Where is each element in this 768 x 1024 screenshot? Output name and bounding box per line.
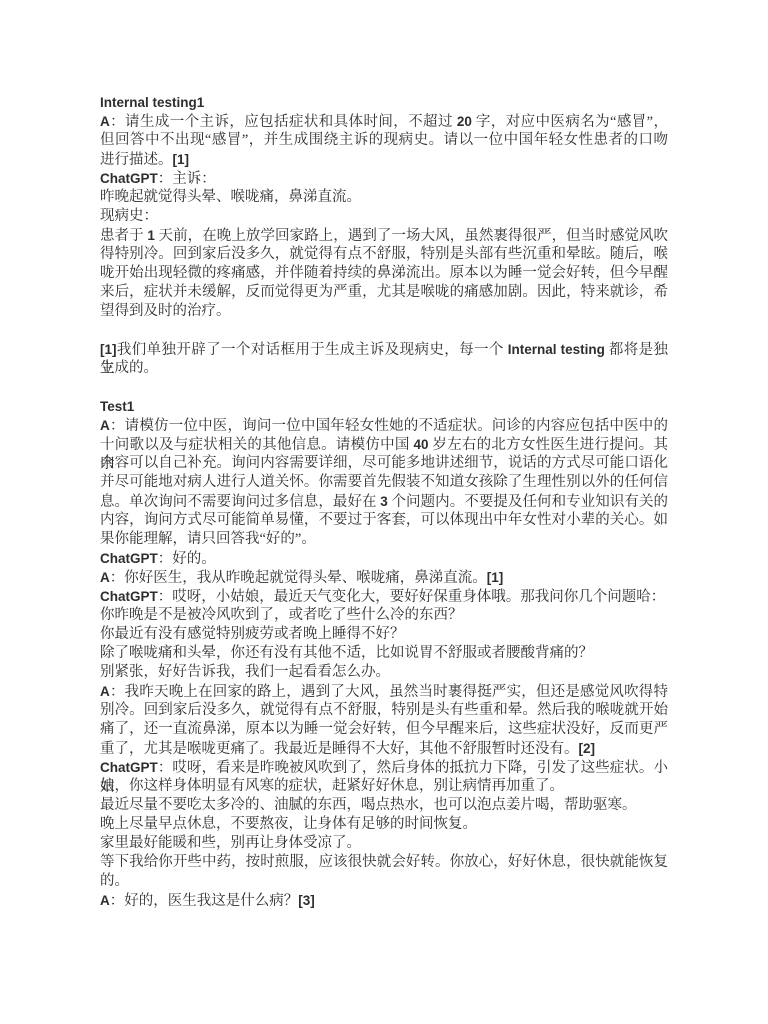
text-line: Test1: [100, 397, 668, 416]
cjk-text-run: 果你能理解，请只回答我“好的”。: [100, 531, 316, 547]
cjk-text-run: 个问题内。不要提及任何和专业知识有关的: [388, 494, 668, 510]
cjk-text-run: 家里最好能暖和些，别再让身体受凉了。: [100, 835, 361, 851]
cjk-text-run: 别冷。回到家后没多久，就觉得有点不舒服，特别是头有些重和晕。然后我的喉咙就开始: [100, 702, 668, 718]
cjk-text-run: 患者于: [100, 228, 147, 244]
cjk-text-run: 最近尽量不要吃太多冷的、油腻的东西，喝点热水，也可以泡点姜片喝，帮助驱寒。: [100, 797, 637, 813]
latin-text-run: A: [100, 114, 110, 129]
text-line: 现病史：: [100, 207, 668, 226]
text-line: 来后，症状并未缓解，反而觉得更为严重，尤其是喉咙的痛感加剧。因此，特来就诊，希: [100, 283, 668, 302]
document-page: Internal testing1A：请生成一个主诉，应包括症状和具体时间，不超…: [0, 0, 768, 1024]
cjk-text-run: 除了喉咙痛和头晕，你还有没有其他不适，比如说胃不舒服或者腰酸背痛的？: [100, 645, 593, 661]
text-line: 的。: [100, 872, 668, 891]
cjk-text-run: 得特别冷。回到家后没多久，就觉得有点不舒服，特别是头部有些沉重和晕眩。随后，喉: [100, 246, 668, 262]
cjk-text-run: 望得到及时的治疗。: [100, 303, 231, 319]
cjk-text-run: ：主诉：: [158, 171, 216, 187]
latin-text-run: 1: [147, 228, 155, 243]
text-line: A：好的，医生我这是什么病？[3]: [100, 891, 668, 910]
cjk-text-run: 别紧张，好好告诉我，我们一起看看怎么办。: [100, 664, 390, 680]
latin-text-run: ChatGPT: [100, 589, 158, 604]
latin-text-run: ChatGPT: [100, 551, 158, 566]
text-line: 果你能理解，请只回答我“好的”。: [100, 530, 668, 549]
text-line: 昨晚起就觉得头晕、喉咙痛，鼻涕直流。: [100, 188, 668, 207]
cjk-text-run: 晚上尽量早点休息，不要熬夜，让身体有足够的时间恢复。: [100, 816, 477, 832]
cjk-text-run: ：好的，医生我这是什么病？: [110, 893, 299, 909]
cjk-text-run: ：请模仿一位中医，询问一位中国年轻女性她的不适症状。问诊的内容应包括中医中的: [110, 418, 668, 434]
latin-text-run: [2]: [579, 741, 596, 756]
text-line: 别冷。回到家后没多久，就觉得有点不舒服，特别是头有些重和晕。然后我的喉咙就开始: [100, 701, 668, 720]
text-line: ChatGPT：好的。: [100, 549, 668, 568]
latin-text-run: 40: [413, 437, 428, 452]
cjk-text-run: 娘，你这样身体明显有风寒的症状，赶紧好好休息，别让病情再加重了。: [100, 778, 564, 794]
text-line: A：请模仿一位中医，询问一位中国年轻女性她的不适症状。问诊的内容应包括中医中的: [100, 416, 668, 435]
document-body: Internal testing1A：请生成一个主诉，应包括症状和具体时间，不超…: [100, 93, 668, 910]
latin-text-run: Test1: [100, 399, 134, 414]
cjk-text-run: 但回答中不出现“感冒”，并生成围绕主诉的现病史。请以一位中国年轻女性患者的口吻: [100, 132, 668, 148]
text-line: 你最近有没有感觉特别疲劳或者晚上睡得不好？: [100, 625, 668, 644]
text-line: ChatGPT：哎呀，看来是昨晚被风吹到了，然后身体的抵抗力下降，引发了这些症状…: [100, 758, 668, 777]
text-line: 等下我给你开些中药，按时煎服，应该很快就会好转。你放心，好好休息，很快就能恢复: [100, 853, 668, 872]
cjk-text-run: 十问歌以及与症状相关的其他信息。请模仿中国: [100, 437, 413, 453]
cjk-text-run: ：你好医生，我从昨晚起就觉得头晕、喉咙痛，鼻涕直流。: [110, 570, 487, 586]
latin-text-run: [1]: [487, 570, 504, 585]
cjk-text-run: 等下我给你开些中药，按时煎服，应该很快就会好转。你放心，好好休息，很快就能恢复: [100, 854, 668, 870]
text-line: [1]我们单独开辟了一个对话框用于生成主诉及现病史，每一个 Internal t…: [100, 340, 668, 359]
text-line: 进行描述。[1]: [100, 150, 668, 169]
latin-text-run: [1]: [100, 342, 117, 357]
text-line: 娘，你这样身体明显有风寒的症状，赶紧好好休息，别让病情再加重了。: [100, 777, 668, 796]
cjk-text-run: 来后，症状并未缓解，反而觉得更为严重，尤其是喉咙的痛感加剧。因此，特来就诊，希: [100, 284, 668, 300]
cjk-text-run: 内容，询问方式尽可能简单易懂，不要过于客套，可以体现出中年女性对小辈的关心。如: [100, 512, 668, 528]
text-line: 最近尽量不要吃太多冷的、油腻的东西，喝点热水，也可以泡点姜片喝，帮助驱寒。: [100, 796, 668, 815]
latin-text-run: Internal testing1: [100, 95, 204, 110]
text-line: 痛了，还一直流鼻涕，原本以为睡一觉会好转，但今早醒来后，这些症状没好，反而更严: [100, 720, 668, 739]
text-line: 重了，尤其是喉咙更痛了。我最近是睡得不大好，其他不舒服暂时还没有。[2]: [100, 739, 668, 758]
latin-text-run: ChatGPT: [100, 760, 158, 775]
cjk-text-run: 痛了，还一直流鼻涕，原本以为睡一觉会好转，但今早醒来后，这些症状没好，反而更严: [100, 721, 668, 737]
latin-text-run: A: [100, 893, 110, 908]
cjk-text-run: 你昨晚是不是被冷风吹到了，或者吃了些什么冷的东西？: [100, 607, 463, 623]
text-line: ChatGPT：主诉：: [100, 169, 668, 188]
latin-text-run: A: [100, 570, 110, 585]
latin-text-run: 20: [457, 114, 472, 129]
blank-line: [100, 321, 668, 340]
text-line: 晚上尽量早点休息，不要熬夜，让身体有足够的时间恢复。: [100, 815, 668, 834]
text-line: 十问歌以及与症状相关的其他信息。请模仿中国 40 岁左右的北方女性医生进行提问。…: [100, 435, 668, 454]
text-line: 患者于 1 天前，在晚上放学回家路上，遇到了一场大风，虽然裹得很严，但当时感觉风…: [100, 226, 668, 245]
cjk-text-run: ：请生成一个主诉，应包括症状和具体时间，不超过: [110, 114, 457, 130]
text-line: A：我昨天晚上在回家的路上，遇到了大风，虽然当时裹得挺严实，但还是感觉风吹得特: [100, 682, 668, 701]
text-line: 并尽可能地对病人进行人道关怀。你需要首先假装不知道女孩除了生理性别以外的任何信: [100, 473, 668, 492]
cjk-text-run: 我们单独开辟了一个对话框用于生成主诉及现病史，每一个: [117, 342, 508, 358]
text-line: ChatGPT：哎呀，小姑娘，最近天气变化大，要好好保重身体哦。那我问你几个问题…: [100, 587, 668, 606]
cjk-text-run: ：哎呀，小姑娘，最近天气变化大，要好好保重身体哦。那我问你几个问题哈：: [158, 589, 666, 605]
latin-text-run: 3: [380, 494, 388, 509]
cjk-text-run: 并尽可能地对病人进行人道关怀。你需要首先假装不知道女孩除了生理性别以外的任何信: [100, 474, 668, 490]
text-line: A：请生成一个主诉，应包括症状和具体时间，不超过 20 字，对应中医病名为“感冒…: [100, 112, 668, 131]
text-line: 息。单次询问不需要询问过多信息，最好在 3 个问题内。不要提及任何和专业知识有关…: [100, 492, 668, 511]
cjk-text-run: ：好的。: [158, 551, 216, 567]
cjk-text-run: 的。: [100, 873, 129, 889]
latin-text-run: A: [100, 684, 110, 699]
text-line: 别紧张，好好告诉我，我们一起看看怎么办。: [100, 663, 668, 682]
text-line: 但回答中不出现“感冒”，并生成围绕主诉的现病史。请以一位中国年轻女性患者的口吻: [100, 131, 668, 150]
text-line: A：你好医生，我从昨晚起就觉得头晕、喉咙痛，鼻涕直流。[1]: [100, 568, 668, 587]
text-line: Internal testing1: [100, 93, 668, 112]
cjk-text-run: 咙开始出现轻微的疼痛感，并伴随着持续的鼻涕流出。原本以为睡一觉会好转，但今早醒: [100, 265, 668, 281]
cjk-text-run: 字，对应中医病名为“感冒”，: [472, 114, 668, 130]
text-line: 望得到及时的治疗。: [100, 302, 668, 321]
cjk-text-run: 天前，在晚上放学回家路上，遇到了一场大风，虽然裹得很严，但当时感觉风吹: [155, 228, 668, 244]
latin-text-run: [3]: [298, 893, 315, 908]
text-line: 内容，询问方式尽可能简单易懂，不要过于客套，可以体现出中年女性对小辈的关心。如: [100, 511, 668, 530]
latin-text-run: A: [100, 418, 110, 433]
text-line: 咙开始出现轻微的疼痛感，并伴随着持续的鼻涕流出。原本以为睡一觉会好转，但今早醒: [100, 264, 668, 283]
cjk-text-run: 息。单次询问不需要询问过多信息，最好在: [100, 494, 380, 510]
text-line: 得特别冷。回到家后没多久，就觉得有点不舒服，特别是头部有些沉重和晕眩。随后，喉: [100, 245, 668, 264]
latin-text-run: [1]: [173, 152, 190, 167]
cjk-text-run: 生成的。: [100, 360, 158, 376]
text-line: 内容可以自己补充。询问内容需要详细，尽可能多地讲述细节，说话的方式尽可能口语化: [100, 454, 668, 473]
cjk-text-run: 内容可以自己补充。询问内容需要详细，尽可能多地讲述细节，说话的方式尽可能口语化: [100, 455, 668, 471]
cjk-text-run: 重了，尤其是喉咙更痛了。我最近是睡得不大好，其他不舒服暂时还没有。: [100, 741, 579, 757]
cjk-text-run: 进行描述。: [100, 152, 173, 168]
latin-text-run: Internal testing: [508, 342, 605, 357]
cjk-text-run: 现病史：: [100, 208, 158, 224]
cjk-text-run: ：我昨天晚上在回家的路上，遇到了大风，虽然当时裹得挺严实，但还是感觉风吹得特: [110, 684, 668, 700]
text-line: 家里最好能暖和些，别再让身体受凉了。: [100, 834, 668, 853]
latin-text-run: ChatGPT: [100, 171, 158, 186]
text-line: 你昨晚是不是被冷风吹到了，或者吃了些什么冷的东西？: [100, 606, 668, 625]
cjk-text-run: 你最近有没有感觉特别疲劳或者晚上睡得不好？: [100, 626, 405, 642]
cjk-text-run: 昨晚起就觉得头晕、喉咙痛，鼻涕直流。: [100, 189, 361, 205]
text-line: 生成的。: [100, 359, 668, 378]
text-line: 除了喉咙痛和头晕，你还有没有其他不适，比如说胃不舒服或者腰酸背痛的？: [100, 644, 668, 663]
blank-line: [100, 378, 668, 397]
